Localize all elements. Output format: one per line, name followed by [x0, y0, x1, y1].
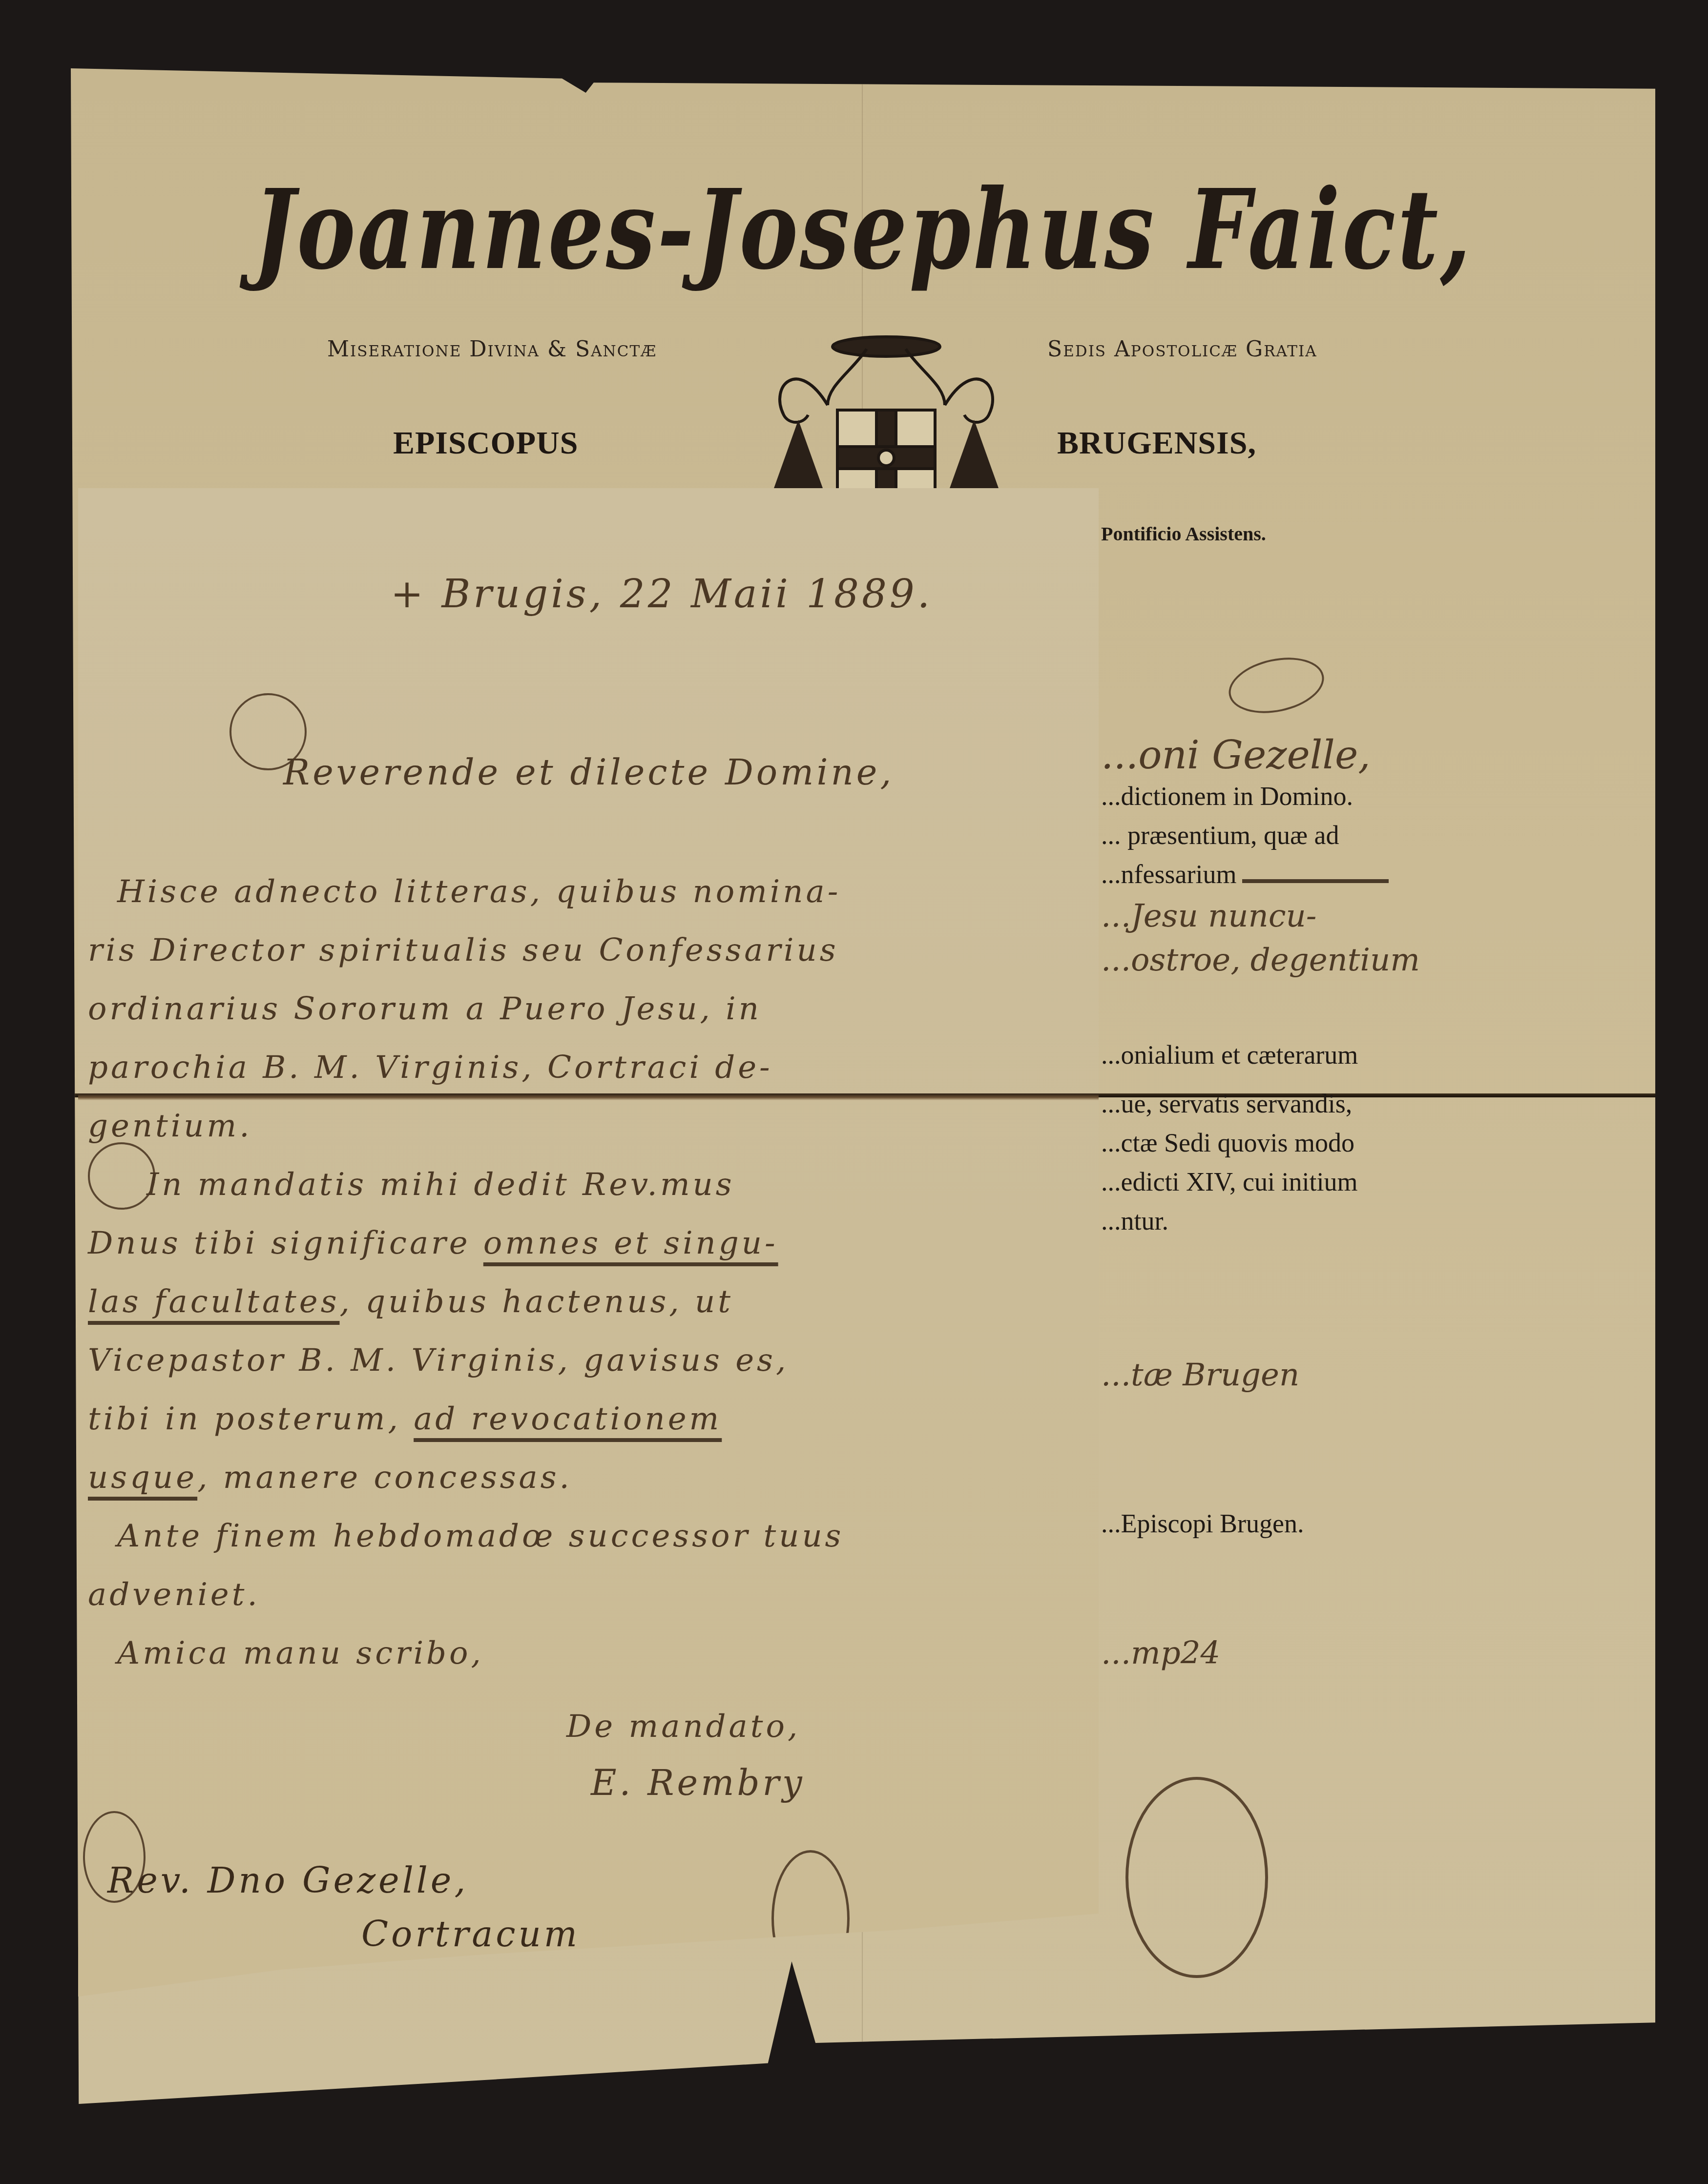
- left-motto: Miseratione Divina & Sanctæ: [327, 337, 657, 362]
- bishop-name-title: Joannes-Josephus Faict,: [71, 165, 1655, 294]
- printed-line-8: ...ntur.: [1101, 1206, 1168, 1236]
- letter-line-9: Vicepastor B. M. Virginis, gavisus es,: [88, 1342, 789, 1379]
- printed-line-1: ...dictionem in Domino.: [1101, 781, 1353, 811]
- letter-line-5: gentium.: [88, 1108, 252, 1144]
- left-heading-episcopus: EPISCOPUS: [393, 425, 578, 462]
- handwritten-fill-2: ...ostroe, degentium: [1101, 942, 1420, 978]
- addressee-name-handwritten: ...oni Gezelle,: [1101, 732, 1371, 778]
- letter-line-1: Hisce adnecto litteras, quibus nomina-: [117, 874, 841, 910]
- signature-flourish: [1125, 1777, 1268, 1978]
- letter-line-14: Amica manu scribo,: [117, 1635, 484, 1671]
- handwritten-letter: + Brugis, 22 Maii 1889. Reverende et dil…: [78, 488, 1099, 1997]
- letter-tear: [78, 1093, 1099, 1100]
- letter-line-3: ordinarius Sororum a Puero Jesu, in: [88, 991, 762, 1027]
- capital-g-flourish: [1224, 650, 1329, 721]
- printed-line-7: ...edicti XIV, cui initium: [1101, 1167, 1357, 1197]
- letter-line-12: Ante finem hebdomadœ successor tuus: [117, 1518, 844, 1554]
- blank-fill-line: [1242, 879, 1389, 883]
- letter-line-8: las facultates, quibus hactenus, ut: [88, 1284, 733, 1320]
- letter-line-2: ris Director spiritualis seu Confessariu…: [88, 932, 839, 968]
- printed-line-5: ...ue, servatis servandis,: [1101, 1089, 1352, 1119]
- printed-line-6: ...ctæ Sedi quovis modo: [1101, 1128, 1354, 1158]
- subtitle-fragment: Pontificio Assistens.: [1101, 522, 1266, 545]
- letter-salutation: Reverende et dilecte Domine,: [283, 752, 894, 793]
- printed-line-3: ...nfessarium: [1101, 859, 1389, 889]
- letter-line-13: adveniet.: [88, 1577, 260, 1613]
- letter-line-10: tibi in posterum, ad revocationem: [88, 1401, 722, 1437]
- capital-i-flourish: [88, 1142, 155, 1210]
- letter-line-4: parochia B. M. Virginis, Cortraci de-: [88, 1050, 773, 1086]
- letter-dateline: + Brugis, 22 Maii 1889.: [391, 571, 933, 617]
- bishop-secretary-signature: ...mp24: [1101, 1635, 1220, 1671]
- letter-line-11: usque, manere concessas.: [88, 1460, 572, 1496]
- letter-signature: E. Rembry: [591, 1762, 805, 1803]
- letter-line-7: Dnus tibi significare omnes et singu-: [88, 1225, 778, 1261]
- letter-recipient-place: Cortracum: [361, 1914, 580, 1955]
- printed-line-4: ...onialium et cæterarum: [1101, 1040, 1358, 1070]
- letter-recipient: Rev. Dno Gezelle,: [107, 1860, 468, 1901]
- letter-line-6: In mandatis mihi dedit Rev.mus: [146, 1167, 735, 1203]
- handwritten-fill-1: ...Jesu nuncu-: [1101, 898, 1316, 934]
- right-motto: Sedis Apostolicæ Gratia: [1047, 337, 1317, 362]
- signature-label: ...Episcopi Brugen.: [1101, 1508, 1304, 1539]
- place-handwritten: ...tæ Brugen: [1101, 1357, 1299, 1393]
- right-heading-brugensis: BRUGENSIS,: [1057, 425, 1256, 462]
- letter-closing: De mandato,: [566, 1709, 800, 1745]
- printed-line-2: ... præsentium, quæ ad: [1101, 820, 1339, 850]
